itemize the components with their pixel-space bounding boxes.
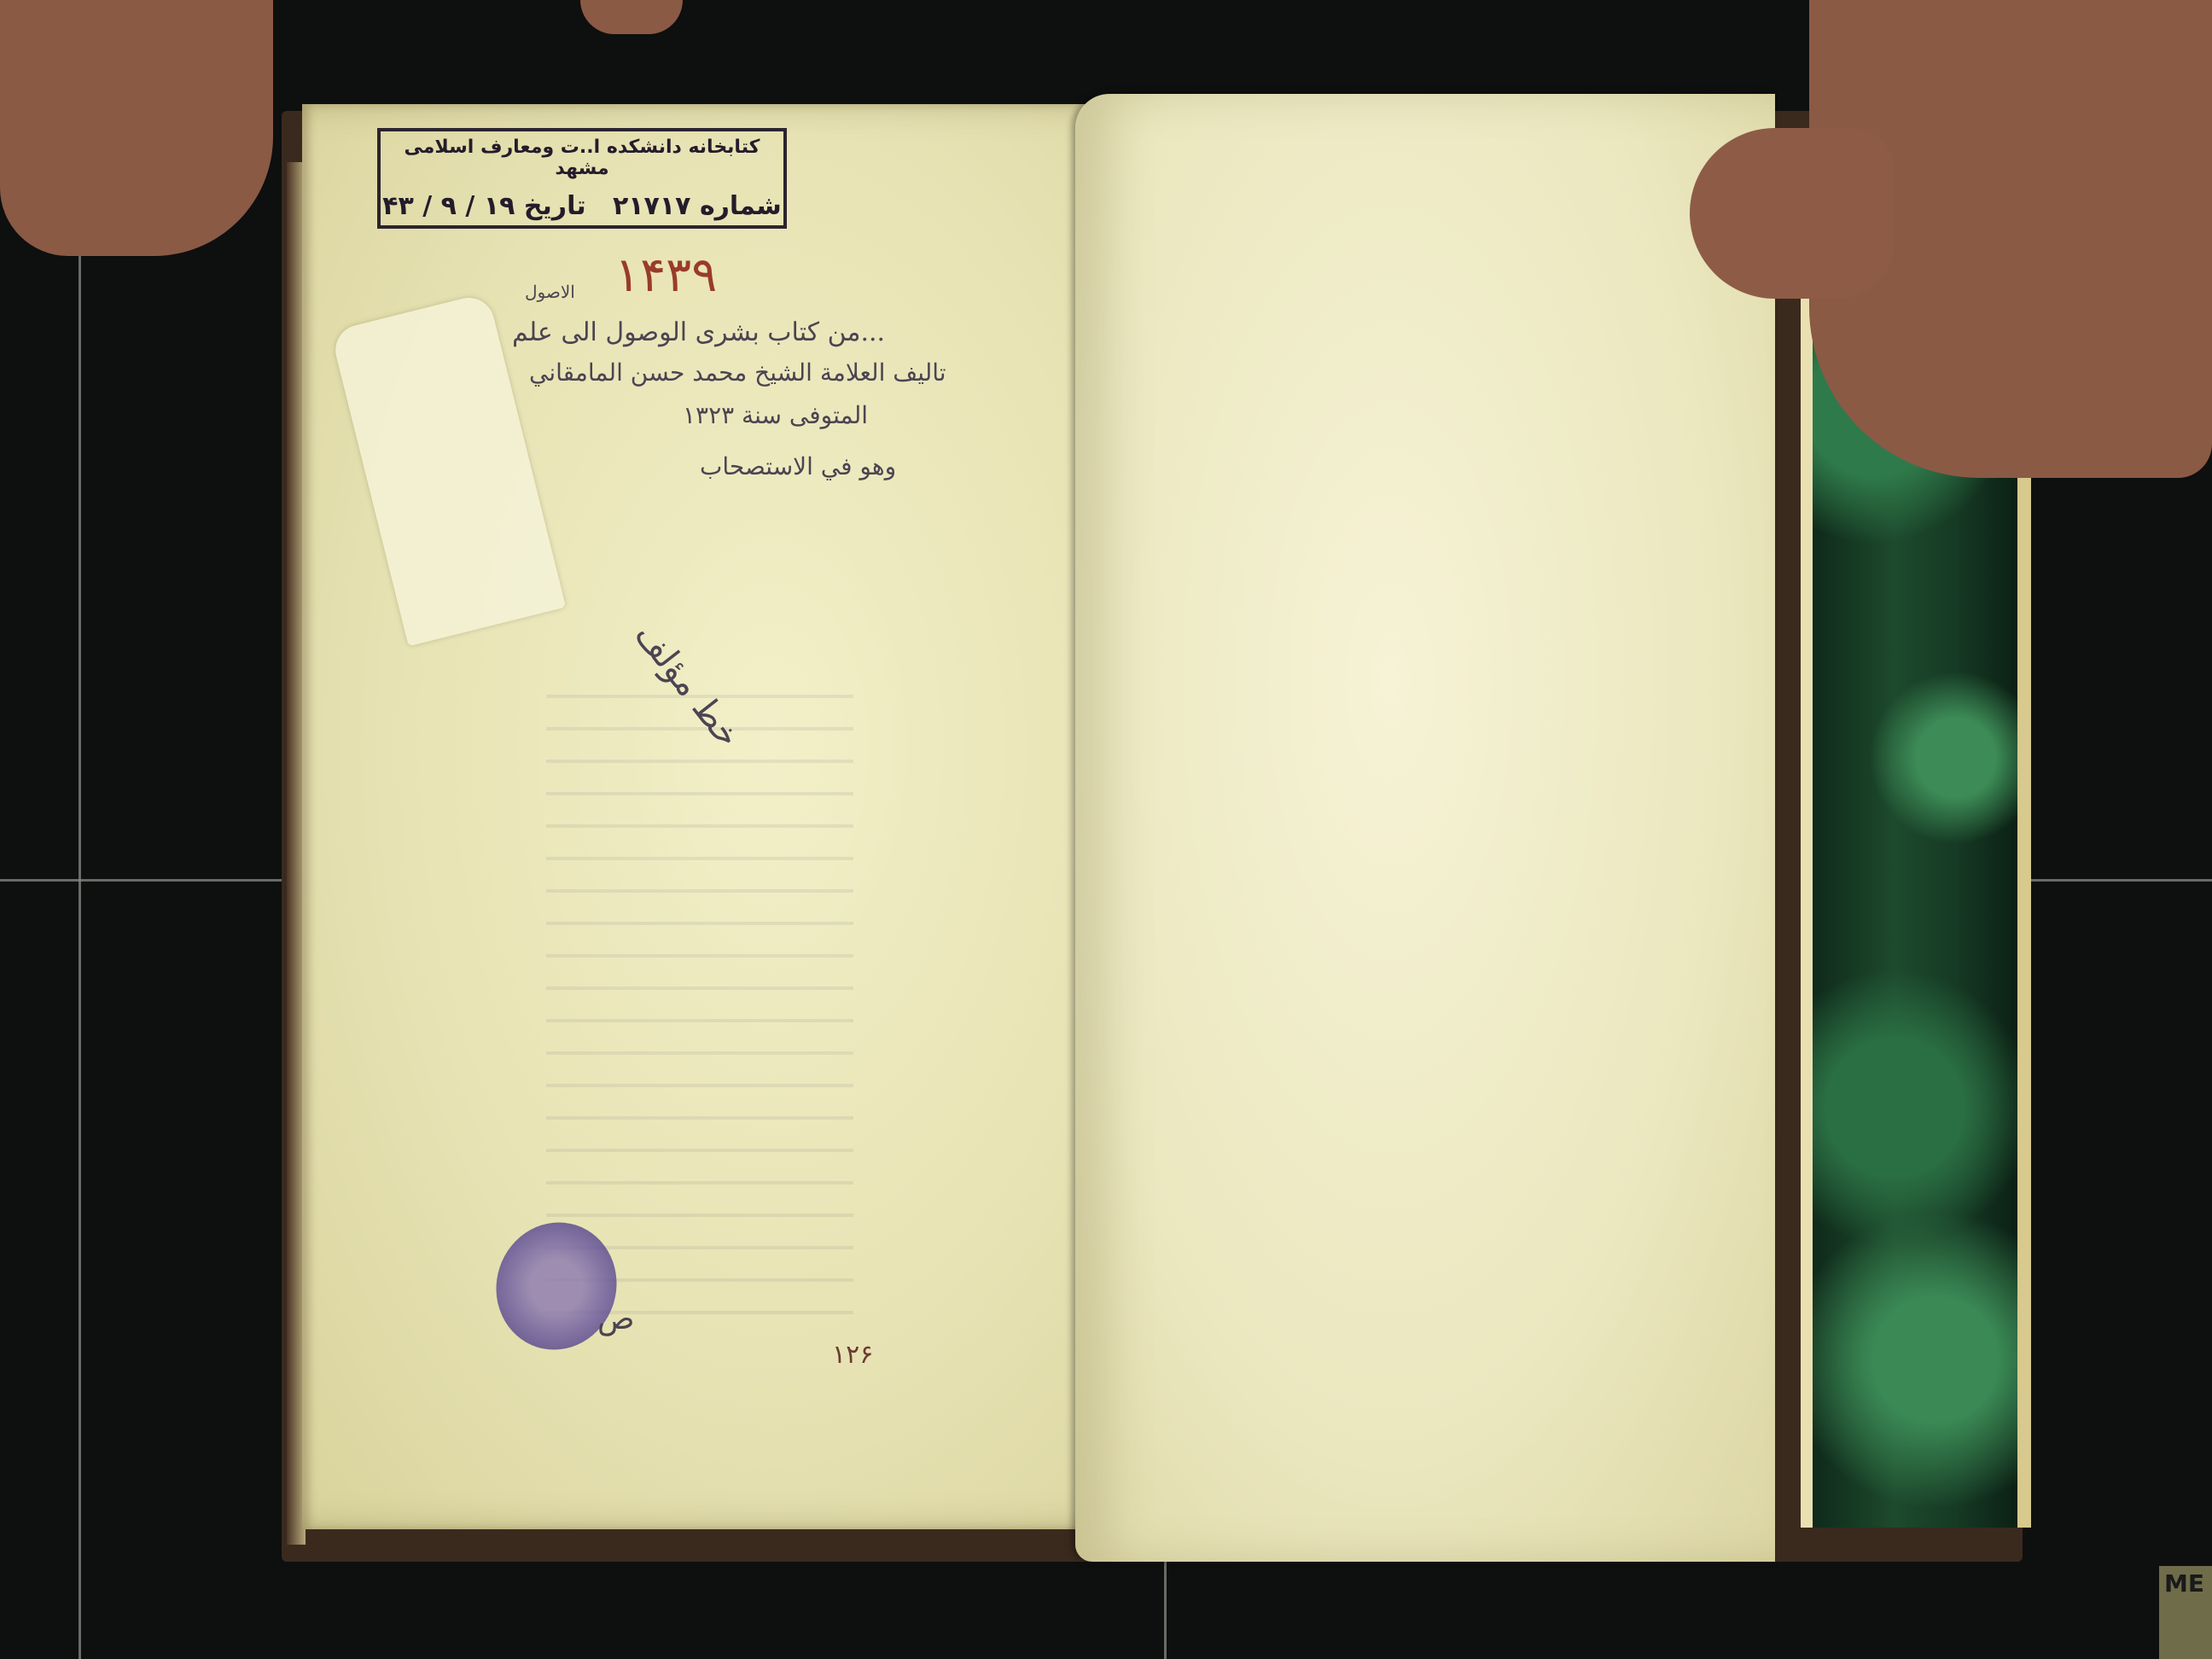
corner-label: ME — [2159, 1566, 2212, 1659]
stamp-date: ۱۹ / ۹ / ۴۳ — [382, 191, 515, 221]
right-thumb — [1690, 128, 1895, 299]
table-grid-line-v — [1164, 1562, 1167, 1659]
table-grid-line-v — [79, 256, 81, 1659]
note-superscript: الاصول — [525, 282, 575, 302]
left-thumb — [580, 0, 683, 34]
note-line-4: وهو في الاستصحاب — [700, 452, 896, 480]
note-line-1: ...من كتاب بشرى الوصول الى علم — [512, 317, 885, 347]
stamp-date-label: تاریخ — [524, 191, 586, 221]
left-hand — [0, 0, 273, 256]
stamp-library-name: کتابخانه دانشکده ا..ت ومعارف اسلامی مشهد — [381, 137, 783, 179]
bottom-letter-mark: ص — [597, 1301, 635, 1336]
stamp-number-date: شماره ۲۱۷۱۷ تاریخ ۱۹ / ۹ / ۴۳ — [381, 191, 783, 221]
library-stamp: کتابخانه دانشکده ا..ت ومعارف اسلامی مشهد… — [377, 128, 787, 229]
right-page-blank — [1075, 94, 1775, 1562]
note-line-2: تاليف العلامة الشيخ محمد حسن المامقاني — [529, 358, 946, 387]
catalog-number: ۱۴۳۹ — [614, 247, 717, 303]
note-line-3: المتوفى سنة ۱۳۲۳ — [683, 401, 868, 429]
stamp-number-label: شماره — [700, 191, 782, 221]
stamp-number: ۲۱۷۱۷ — [613, 191, 691, 221]
bottom-number-mark: ۱۲۶ — [832, 1340, 873, 1370]
faint-bleedthrough-text — [546, 666, 853, 1314]
